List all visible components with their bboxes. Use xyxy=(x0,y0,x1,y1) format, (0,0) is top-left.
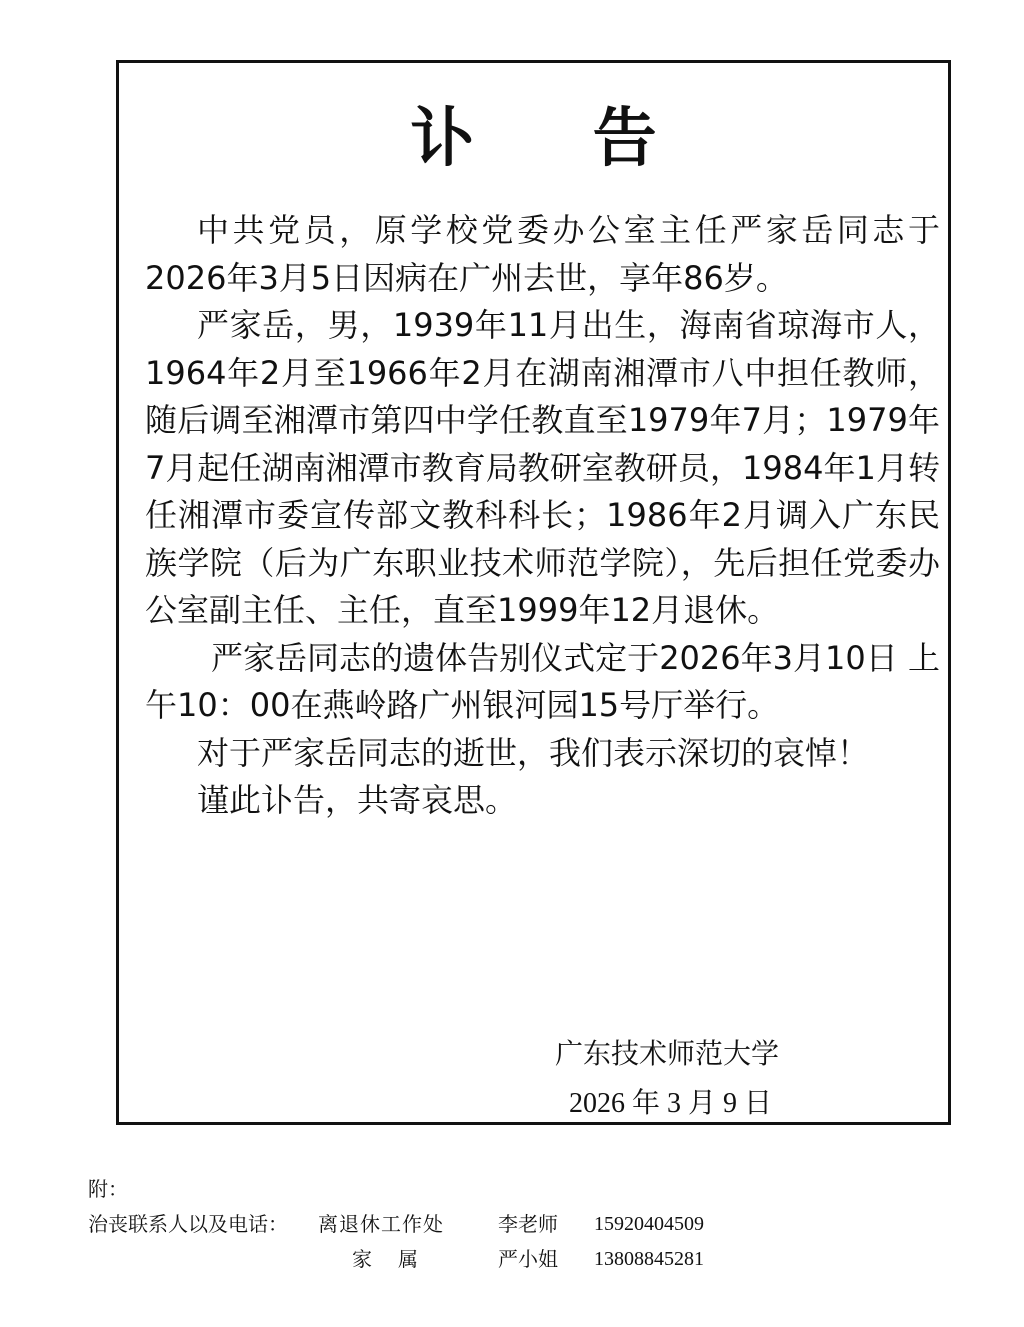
appendix-heading-row: 附： xyxy=(88,1172,704,1207)
appendix-heading: 附： xyxy=(88,1172,128,1207)
contact-unit: 家属 xyxy=(318,1242,498,1277)
contact-row: 治丧联系人以及电话： 离退休工作处 李老师 15920404509 xyxy=(88,1207,704,1242)
contact-person: 李老师 xyxy=(498,1207,594,1242)
paragraph-condolence: 对于严家岳同志的逝世，我们表示深切的哀悼！ xyxy=(145,730,940,778)
contacts-label: 治丧联系人以及电话： xyxy=(88,1207,318,1242)
paragraph-closing: 谨此讣告，共寄哀思。 xyxy=(145,777,940,825)
obituary-frame: 讣 告 中共党员，原学校党委办公室主任严家岳同志于2026年3月5日因病在广州去… xyxy=(116,60,951,1125)
paragraph-biography: 严家岳，男，1939年11月出生，海南省琼海市人，1964年2月至1966年2月… xyxy=(145,302,940,635)
contact-unit: 离退休工作处 xyxy=(318,1207,498,1242)
contact-person: 严小姐 xyxy=(498,1242,594,1277)
appendix: 附： 治丧联系人以及电话： 离退休工作处 李老师 15920404509 家属 … xyxy=(88,1172,704,1277)
signature-organization: 广东技术师范大学 xyxy=(555,1029,779,1079)
paragraph-funeral-arrangement: 严家岳同志的遗体告别仪式定于2026年3月10日 上午10：00在燕岭路广州银河… xyxy=(145,635,940,730)
contacts-label-spacer xyxy=(88,1242,318,1277)
obituary-title: 讣 告 xyxy=(119,103,948,175)
paragraph-announcement: 中共党员，原学校党委办公室主任严家岳同志于2026年3月5日因病在广州去世，享年… xyxy=(145,207,940,302)
contact-row: 家属 严小姐 13808845281 xyxy=(88,1242,704,1277)
contact-phone: 15920404509 xyxy=(594,1207,704,1242)
contact-phone: 13808845281 xyxy=(594,1242,704,1277)
signature-date: 2026 年 3 月 9 日 xyxy=(555,1079,779,1129)
signature-block: 广东技术师范大学 2026 年 3 月 9 日 xyxy=(555,1029,779,1129)
obituary-body: 中共党员，原学校党委办公室主任严家岳同志于2026年3月5日因病在广州去世，享年… xyxy=(145,207,940,825)
